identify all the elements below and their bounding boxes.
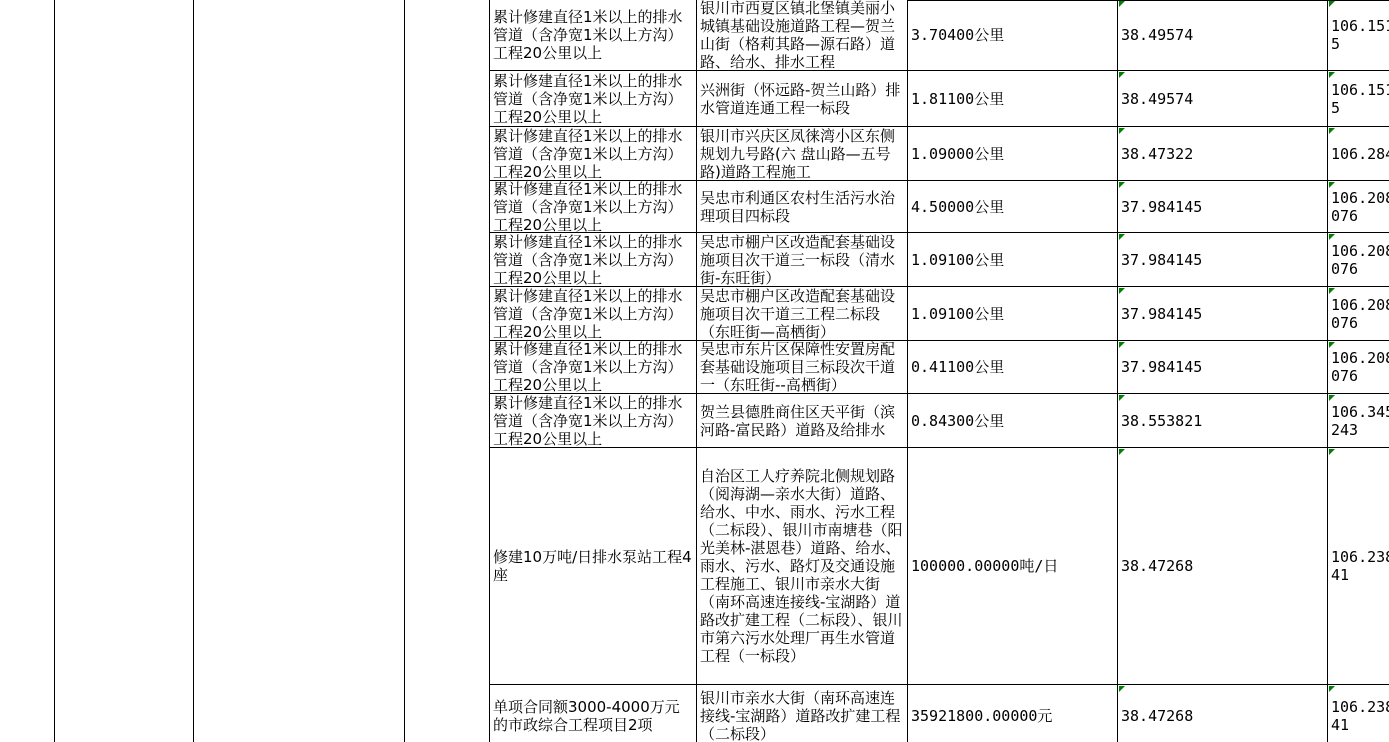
cell-longitude[interactable]: 106.284	[1328, 127, 1389, 181]
requirement-text: 累计修建直径1米以上的排水管道（含净宽1米以上方沟）工程20公里以上	[493, 8, 694, 62]
cell-project-name[interactable]: 银川市亲水大街（南环高速连接线-宝湖路）道路改扩建工程（二标段）	[697, 685, 908, 742]
cell-latitude[interactable]: 37.984145	[1118, 341, 1328, 394]
longitude-text: 106.345243	[1331, 403, 1389, 439]
project-name-text: 银川市兴庆区凤徕湾小区东侧规划九号路(六 盘山路—五号路)道路工程施工	[700, 127, 905, 181]
latitude-text: 37.984145	[1121, 305, 1325, 323]
latitude-text: 37.984145	[1121, 251, 1325, 269]
cell-latitude[interactable]: 38.47322	[1118, 127, 1328, 181]
cell-project-name[interactable]: 贺兰县德胜商住区天平街（滨河路-富民路）道路及给排水	[697, 394, 908, 448]
latitude-text: 38.49574	[1121, 90, 1325, 108]
stored-as-text-flag-icon	[1119, 1, 1125, 7]
project-name-text: 银川市西夏区镇北堡镇美丽小城镇基础设施道路工程—贺兰山街（格莉其路—源石路）道路…	[700, 0, 905, 71]
requirement-text: 累计修建直径1米以上的排水管道（含净宽1米以上方沟）工程20公里以上	[493, 181, 694, 233]
cell-requirement[interactable]: 累计修建直径1米以上的排水管道（含净宽1米以上方沟）工程20公里以上	[490, 341, 697, 394]
quantity-text: 1.09100公里	[911, 305, 1115, 323]
longitude-text: 106.23841	[1331, 548, 1389, 584]
project-name-text: 银川市亲水大街（南环高速连接线-宝湖路）道路改扩建工程（二标段）	[700, 689, 905, 742]
cell-latitude[interactable]: 37.984145	[1118, 233, 1328, 287]
cell-project-name[interactable]: 吴忠市棚户区改造配套基础设施项目次干道三一标段（清水街-东旺街）	[697, 233, 908, 287]
stored-as-text-flag-icon	[1329, 72, 1335, 78]
stored-as-text-flag-icon	[1329, 342, 1335, 348]
requirement-text: 累计修建直径1米以上的排水管道（含净宽1米以上方沟）工程20公里以上	[493, 394, 694, 448]
cell-quantity[interactable]: 100000.00000吨/日	[908, 448, 1118, 685]
cell-requirement[interactable]: 修建10万吨/日排水泵站工程4座	[490, 448, 697, 685]
cell-quantity[interactable]: 0.41100公里	[908, 341, 1118, 394]
cell-latitude[interactable]: 38.47268	[1118, 448, 1328, 685]
stored-as-text-flag-icon	[1119, 686, 1125, 692]
requirement-text: 累计修建直径1米以上的排水管道（含净宽1米以上方沟）工程20公里以上	[493, 127, 694, 181]
stored-as-text-flag-icon	[1119, 342, 1125, 348]
cell-longitude[interactable]: 106.208076	[1328, 181, 1389, 233]
quantity-text: 1.81100公里	[911, 90, 1115, 108]
project-name-text: 吴忠市利通区农村生活污水治理项目四标段	[700, 189, 905, 225]
latitude-text: 38.47322	[1121, 145, 1325, 163]
quantity-text: 0.84300公里	[911, 412, 1115, 430]
cell-quantity[interactable]: 35921800.00000元	[908, 685, 1118, 742]
cell-quantity[interactable]: 1.09100公里	[908, 287, 1118, 341]
latitude-text: 38.553821	[1121, 412, 1325, 430]
cell-project-name[interactable]: 银川市兴庆区凤徕湾小区东侧规划九号路(六 盘山路—五号路)道路工程施工	[697, 127, 908, 181]
stored-as-text-flag-icon	[1119, 182, 1125, 188]
cell-latitude[interactable]: 37.984145	[1118, 287, 1328, 341]
requirement-text: 单项合同额3000-4000万元的市政综合工程项目2项	[493, 698, 694, 734]
latitude-text: 37.984145	[1121, 358, 1325, 376]
project-name-text: 吴忠市棚户区改造配套基础设施项目次干道三一标段（清水街-东旺街）	[700, 233, 905, 287]
cell-requirement[interactable]: 累计修建直径1米以上的排水管道（含净宽1米以上方沟）工程20公里以上	[490, 394, 697, 448]
quantity-text: 1.09100公里	[911, 251, 1115, 269]
stored-as-text-flag-icon	[1119, 395, 1125, 401]
cell-longitude[interactable]: 106.208076	[1328, 233, 1389, 287]
project-name-text: 兴洲街（怀远路-贺兰山路）排水管道连通工程一标段	[700, 81, 905, 117]
empty-cell-column-4[interactable]	[405, 0, 490, 742]
cell-project-name[interactable]: 自治区工人疗养院北侧规划路（阅海湖—亲水大街）道路、给水、中水、雨水、污水工程（…	[697, 448, 908, 685]
cell-requirement[interactable]: 累计修建直径1米以上的排水管道（含净宽1米以上方沟）工程20公里以上	[490, 287, 697, 341]
requirement-text: 修建10万吨/日排水泵站工程4座	[493, 548, 694, 584]
stored-as-text-flag-icon	[1119, 288, 1125, 294]
cell-longitude[interactable]: 106.208076	[1328, 341, 1389, 394]
cell-quantity[interactable]: 1.09000公里	[908, 127, 1118, 181]
longitude-text: 106.208076	[1331, 349, 1389, 385]
longitude-text: 106.23841	[1331, 698, 1389, 734]
cell-longitude[interactable]: 106.208076	[1328, 287, 1389, 341]
cell-quantity[interactable]: 1.81100公里	[908, 71, 1118, 127]
stored-as-text-flag-icon	[1329, 449, 1335, 455]
cell-latitude[interactable]: 38.553821	[1118, 394, 1328, 448]
longitude-text: 106.208076	[1331, 296, 1389, 332]
stored-as-text-flag-icon	[1329, 395, 1335, 401]
cell-quantity[interactable]: 0.84300公里	[908, 394, 1118, 448]
quantity-text: 4.50000公里	[911, 198, 1115, 216]
quantity-text: 3.70400公里	[911, 26, 1115, 44]
cell-project-name[interactable]: 吴忠市棚户区改造配套基础设施项目次干道三工程二标段（东旺街—高栖街）	[697, 287, 908, 341]
longitude-text: 106.208076	[1331, 242, 1389, 278]
longitude-text: 106.1515	[1331, 81, 1389, 117]
cell-requirement[interactable]: 累计修建直径1米以上的排水管道（含净宽1米以上方沟）工程20公里以上	[490, 127, 697, 181]
stored-as-text-flag-icon	[1329, 182, 1335, 188]
empty-cell-column-3[interactable]	[194, 0, 405, 742]
quantity-text: 35921800.00000元	[911, 707, 1115, 725]
latitude-text: 38.49574	[1121, 26, 1325, 44]
cell-latitude[interactable]: 37.984145	[1118, 181, 1328, 233]
spreadsheet: 累计修建直径1米以上的排水管道（含净宽1米以上方沟）工程20公里以上 银川市西夏…	[0, 0, 1389, 742]
cell-project-name[interactable]: 吴忠市利通区农村生活污水治理项目四标段	[697, 181, 908, 233]
requirement-text: 累计修建直径1米以上的排水管道（含净宽1米以上方沟）工程20公里以上	[493, 72, 694, 126]
cell-latitude[interactable]: 38.49574	[1118, 0, 1328, 71]
stored-as-text-flag-icon	[1119, 72, 1125, 78]
cell-latitude[interactable]: 38.47268	[1118, 685, 1328, 742]
cell-project-name[interactable]: 银川市西夏区镇北堡镇美丽小城镇基础设施道路工程—贺兰山街（格莉其路—源石路）道路…	[697, 0, 908, 71]
cell-longitude[interactable]: 106.23841	[1328, 448, 1389, 685]
stored-as-text-flag-icon	[1329, 288, 1335, 294]
cell-longitude[interactable]: 106.1515	[1328, 0, 1389, 71]
quantity-text: 100000.00000吨/日	[911, 557, 1115, 575]
cell-longitude[interactable]: 106.345243	[1328, 394, 1389, 448]
empty-cell-column-1[interactable]	[0, 0, 55, 742]
requirement-text: 累计修建直径1米以上的排水管道（含净宽1米以上方沟）工程20公里以上	[493, 233, 694, 287]
longitude-text: 106.284	[1331, 145, 1389, 163]
empty-cell-column-2[interactable]	[55, 0, 194, 742]
latitude-text: 38.47268	[1121, 557, 1325, 575]
stored-as-text-flag-icon	[1329, 234, 1335, 240]
latitude-text: 37.984145	[1121, 198, 1325, 216]
cell-requirement[interactable]: 累计修建直径1米以上的排水管道（含净宽1米以上方沟）工程20公里以上	[490, 0, 697, 71]
requirement-text: 累计修建直径1米以上的排水管道（含净宽1米以上方沟）工程20公里以上	[493, 287, 694, 341]
project-name-text: 自治区工人疗养院北侧规划路（阅海湖—亲水大街）道路、给水、中水、雨水、污水工程（…	[700, 467, 905, 665]
cell-quantity[interactable]: 4.50000公里	[908, 181, 1118, 233]
stored-as-text-flag-icon	[1119, 128, 1125, 134]
project-name-text: 贺兰县德胜商住区天平街（滨河路-富民路）道路及给排水	[700, 403, 905, 439]
stored-as-text-flag-icon	[1119, 234, 1125, 240]
quantity-text: 0.41100公里	[911, 358, 1115, 376]
cell-requirement[interactable]: 累计修建直径1米以上的排水管道（含净宽1米以上方沟）工程20公里以上	[490, 71, 697, 127]
cell-longitude[interactable]: 106.23841	[1328, 685, 1389, 742]
cell-longitude[interactable]: 106.1515	[1328, 71, 1389, 127]
quantity-text: 1.09000公里	[911, 145, 1115, 163]
project-name-text: 吴忠市东片区保障性安置房配套基础设施项目三标段次干道一（东旺街--高栖街）	[700, 341, 905, 394]
requirement-text: 累计修建直径1米以上的排水管道（含净宽1米以上方沟）工程20公里以上	[493, 341, 694, 394]
cell-latitude[interactable]: 38.49574	[1118, 71, 1328, 127]
stored-as-text-flag-icon	[1329, 1, 1335, 7]
project-name-text: 吴忠市棚户区改造配套基础设施项目次干道三工程二标段（东旺街—高栖街）	[700, 287, 905, 341]
cell-project-name[interactable]: 吴忠市东片区保障性安置房配套基础设施项目三标段次干道一（东旺街--高栖街）	[697, 341, 908, 394]
cell-quantity[interactable]: 3.70400公里	[908, 0, 1118, 71]
longitude-text: 106.1515	[1331, 17, 1389, 53]
latitude-text: 38.47268	[1121, 707, 1325, 725]
stored-as-text-flag-icon	[1329, 686, 1335, 692]
cell-requirement[interactable]: 单项合同额3000-4000万元的市政综合工程项目2项	[490, 685, 697, 742]
stored-as-text-flag-icon	[1119, 449, 1125, 455]
stored-as-text-flag-icon	[1329, 128, 1335, 134]
longitude-text: 106.208076	[1331, 189, 1389, 225]
cell-requirement[interactable]: 累计修建直径1米以上的排水管道（含净宽1米以上方沟）工程20公里以上	[490, 233, 697, 287]
cell-project-name[interactable]: 兴洲街（怀远路-贺兰山路）排水管道连通工程一标段	[697, 71, 908, 127]
cell-quantity[interactable]: 1.09100公里	[908, 233, 1118, 287]
cell-requirement[interactable]: 累计修建直径1米以上的排水管道（含净宽1米以上方沟）工程20公里以上	[490, 181, 697, 233]
